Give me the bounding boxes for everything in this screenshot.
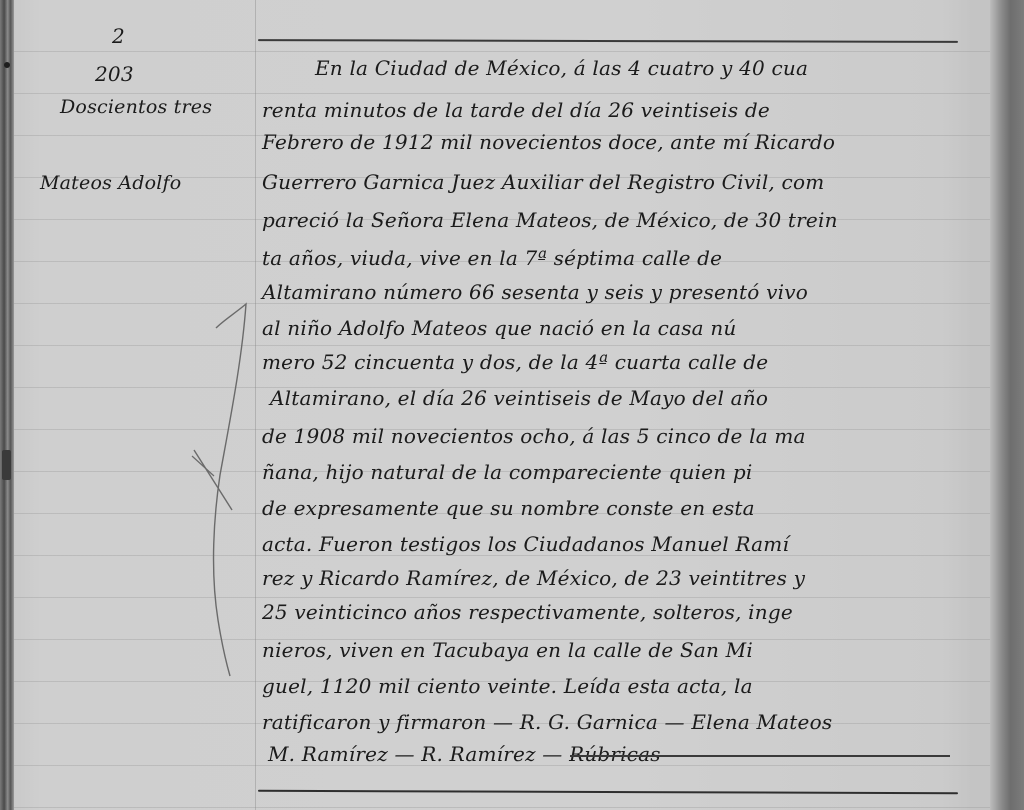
signatures-line: M. Ramírez — R. Ramírez — Rúbricas: [268, 742, 661, 766]
body-line: renta minutos de la tarde del día 26 vei…: [262, 98, 770, 122]
body-line: al niño Adolfo Mateos que nació en la ca…: [262, 316, 737, 340]
body-line: ñana, hijo natural de la compareciente q…: [262, 460, 752, 484]
body-line: mero 52 cincuenta y dos, de la 4ª cuarta…: [262, 350, 768, 374]
body-line: Guerrero Garnica Juez Auxiliar del Regis…: [262, 170, 824, 194]
record-number-words: Doscientos tres: [60, 96, 212, 118]
body-line: de expresamente que su nombre conste en …: [262, 496, 755, 520]
page-number: 2: [112, 24, 125, 48]
pencil-bracket-mark: [190, 300, 250, 680]
signatures-line: ratificaron y firmaron — R. G. Garnica —…: [262, 710, 832, 734]
registrant-name: Mateos Adolfo: [40, 172, 181, 194]
body-line: Febrero de 1912 mil novecientos doce, an…: [262, 130, 835, 154]
body-line: En la Ciudad de México, á las 4 cuatro y…: [315, 56, 808, 80]
scanned-page: 2 203 Doscientos tres Mateos Adolfo En l…: [0, 0, 1024, 810]
body-line: pareció la Señora Elena Mateos, de Méxic…: [262, 208, 838, 232]
body-line: rez y Ricardo Ramírez, de México, de 23 …: [262, 566, 805, 590]
body-line: acta. Fueron testigos los Ciudadanos Man…: [262, 532, 789, 556]
body-line: nieros, viven en Tacubaya en la calle de…: [262, 638, 753, 662]
page-binding-edge: [0, 0, 14, 810]
body-line: de 1908 mil novecientos ocho, á las 5 ci…: [262, 424, 806, 448]
body-line: Altamirano, el día 26 veintiseis de Mayo…: [270, 386, 768, 410]
body-line: ta años, viuda, vive en la 7ª séptima ca…: [262, 246, 722, 270]
binding-clip: [2, 450, 11, 480]
body-line: guel, 1120 mil ciento veinte. Leída esta…: [262, 674, 753, 698]
body-line: 25 veinticinco años respectivamente, sol…: [262, 600, 793, 624]
body-line: Altamirano número 66 sesenta y seis y pr…: [262, 280, 808, 304]
binding-hole: [4, 62, 10, 68]
record-number: 203: [95, 62, 134, 86]
page-right-edge-shadow: [990, 0, 1024, 810]
closing-rule: [570, 755, 950, 757]
margin-separator: [255, 0, 256, 810]
